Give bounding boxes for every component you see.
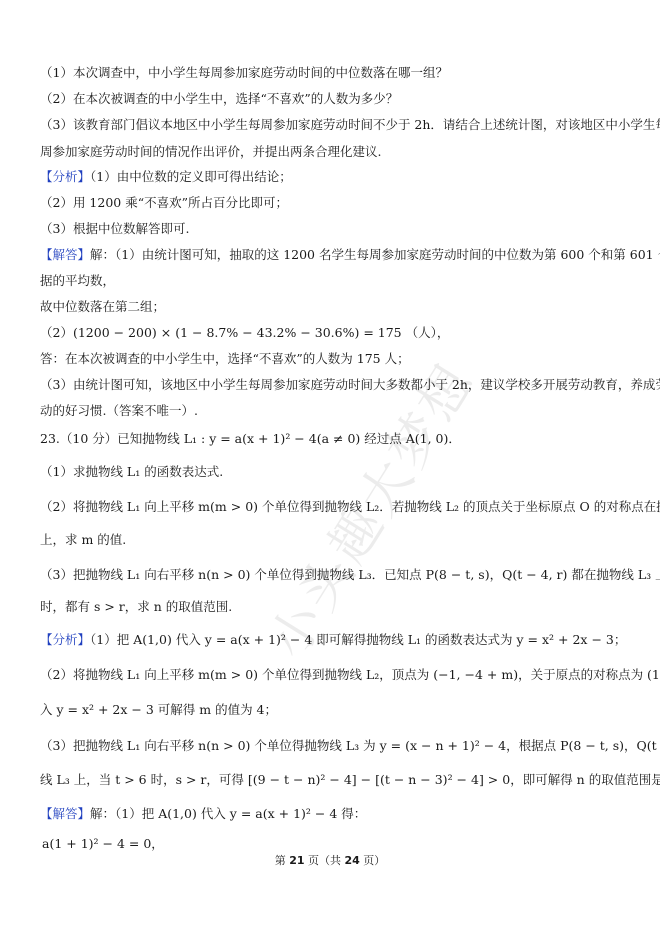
answer-22-line-4: （2）(1200 − 200) × (1 − 8.7% − 43.2% − 30… xyxy=(40,325,449,341)
analysis-23-line-5: 线 L₃ 上，当 t > 6 时，s > r，可得 [(9 − t − n)² … xyxy=(40,772,660,788)
analysis-22-line-3: （3）根据中位数解答即可. xyxy=(40,221,189,237)
question-3-line-2: 周参加家庭劳动时间的情况作出评价，并提出两条合理化建议. xyxy=(40,144,381,160)
analysis-tag: 【分析】 xyxy=(40,169,90,184)
analysis-22-line-1: 【分析】（1）由中位数的定义即可得出结论； xyxy=(40,169,292,185)
answer-22-line-7: 动的好习惯.（答案不唯一）. xyxy=(40,403,198,419)
answer-22-line-5: 答：在本次被调查的中小学生中，选择“不喜欢”的人数为 175 人； xyxy=(40,351,410,367)
footer-text: 第 xyxy=(275,854,290,867)
answer-text: 解：（1）把 A(1,0) 代入 y = a(x + 1)² − 4 得： xyxy=(90,806,366,821)
answer-tag: 【解答】 xyxy=(40,806,90,821)
analysis-23-line-4: （3）把抛物线 L₁ 向右平移 n(n > 0) 个单位得抛物线 L₃ 为 y … xyxy=(40,738,660,754)
footer-text: 页（共 xyxy=(305,854,345,867)
question-23-part-1: （1）求抛物线 L₁ 的函数表达式. xyxy=(40,464,223,480)
answer-text: 解：（1）由统计图可知，抽取的这 1200 名学生每周参加家庭劳动时间的中位数为… xyxy=(90,247,660,262)
answer-22-line-2: 据的平均数， xyxy=(40,273,115,289)
page-footer: 第 21 页（共 24 页） xyxy=(0,852,660,868)
analysis-tag: 【分析】 xyxy=(40,632,90,647)
analysis-23-line-3: 入 y = x² + 2x − 3 可解得 m 的值为 4； xyxy=(40,702,277,718)
footer-text: 页） xyxy=(360,854,386,867)
question-23-title: 23.（10 分）已知抛物线 L₁ : y = a(x + 1)² − 4(a … xyxy=(40,431,461,447)
question-23-part-2-line-2: 上，求 m 的值. xyxy=(40,532,126,548)
analysis-22-line-2: （2）用 1200 乘“不喜欢”所占百分比即可； xyxy=(40,195,288,211)
answer-22-line-3: 故中位数落在第二组； xyxy=(40,299,165,315)
answer-23-line-1: 【解答】解：（1）把 A(1,0) 代入 y = a(x + 1)² − 4 得… xyxy=(40,806,366,822)
question-3-line-1: （3）该教育部门倡议本地区中小学生每周参加家庭劳动时间不少于 2h．请结合上述统… xyxy=(40,117,660,133)
question-2: （2）在本次被调查的中小学生中，选择“不喜欢”的人数为多少？ xyxy=(40,91,398,107)
question-23-part-3-line-2: 时，都有 s > r，求 n 的取值范围. xyxy=(40,599,232,615)
analysis-text: （1）把 A(1,0) 代入 y = a(x + 1)² − 4 即可解得抛物线… xyxy=(90,632,626,647)
watermark: 小头趣大梦想 xyxy=(190,330,450,630)
answer-22-line-1: 【解答】解：（1）由统计图可知，抽取的这 1200 名学生每周参加家庭劳动时间的… xyxy=(40,247,660,263)
answer-23-line-2: a(1 + 1)² − 4 = 0， xyxy=(42,836,164,852)
answer-22-line-6: （3）由统计图可知，该地区中小学生每周参加家庭劳动时间大多数都小于 2h，建议学… xyxy=(40,377,660,393)
current-page: 21 xyxy=(289,854,304,867)
analysis-23-line-1: 【分析】（1）把 A(1,0) 代入 y = a(x + 1)² − 4 即可解… xyxy=(40,632,626,648)
question-23-part-2-line-1: （2）将抛物线 L₁ 向上平移 m(m > 0) 个单位得到抛物线 L₂．若抛物… xyxy=(40,499,660,515)
answer-tag: 【解答】 xyxy=(40,247,90,262)
analysis-text: （1）由中位数的定义即可得出结论； xyxy=(90,169,292,184)
question-23-part-3-line-1: （3）把抛物线 L₁ 向右平移 n(n > 0) 个单位得到抛物线 L₃．已知点… xyxy=(40,567,660,583)
total-pages: 24 xyxy=(345,854,360,867)
analysis-23-line-2: （2）将抛物线 L₁ 向上平移 m(m > 0) 个单位得到抛物线 L₂，顶点为… xyxy=(40,667,660,683)
question-1: （1）本次调查中，中小学生每周参加家庭劳动时间的中位数落在哪一组？ xyxy=(40,65,448,81)
